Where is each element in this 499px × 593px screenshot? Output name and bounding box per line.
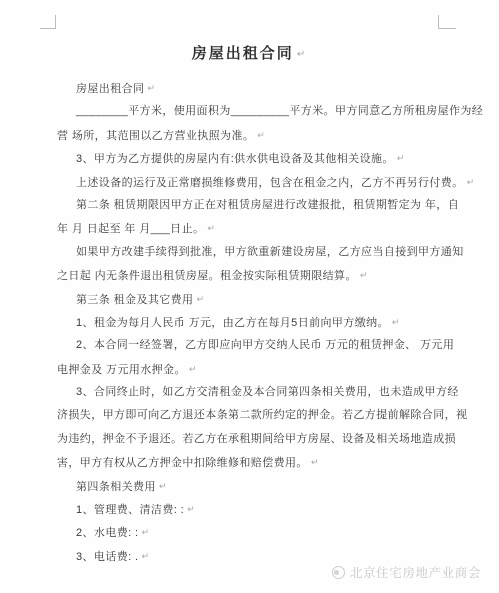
document-line: 3、合同终止时，如乙方交清租金及本合同第四条相关费用，也未造成甲方经 <box>57 381 469 404</box>
paragraph-mark-icon: ↵ <box>297 49 307 60</box>
line-text: ________平方米，使用面积为_________平方米。甲方同意乙方所租房屋… <box>76 105 483 117</box>
line-text: 年 月 日起至 年 月___日止。 <box>57 223 204 235</box>
document-line: 济损失，甲方即可向乙方退还本条第二款所约定的押金。若乙方提前解除合同，视 <box>57 404 469 427</box>
paragraph-mark-icon: ↵ <box>189 364 197 374</box>
paragraph-mark-icon: ↵ <box>142 527 150 537</box>
document-line: 如果甲方改建手续得到批准，甲方欲重新建设房屋，乙方应当自接到甲方通知 <box>57 241 469 264</box>
document-line: 1、租金为每月人民币 万元，由乙方在每月5日前向甲方缴纳。↵ <box>57 311 469 334</box>
document-line: 第三条 租金及其它费用↵ <box>57 288 469 311</box>
document-line: 第二条 租赁期限因甲方正在对租赁房屋进行改建报批，租赁期暂定为 年，自 <box>57 194 469 217</box>
line-text: 上述设备的运行及正常磨损维修费用，包含在租金之内，乙方不再另行付费。 <box>76 177 464 189</box>
line-text: 营 场所，其范围以乙方营业执照为准。 <box>57 130 254 142</box>
paragraph-mark-icon: ↵ <box>196 294 204 304</box>
paragraph-mark-icon: ↵ <box>207 223 215 233</box>
line-text: 2、水电费: : <box>76 527 139 539</box>
document-line: 第四条相关费用↵ <box>57 475 469 498</box>
paragraph-mark-icon: ↵ <box>467 177 475 187</box>
document-page: 房屋出租合同↵ 房屋出租合同↵________平方米，使用面积为________… <box>0 0 499 593</box>
paragraph-mark-icon: ↵ <box>392 317 400 327</box>
margin-corner-top-right-mark <box>438 15 456 29</box>
document-line: 3、甲方为乙方提供的房屋内有:供水供电设备及其他相关设施。↵ <box>57 147 469 170</box>
document-line: ________平方米，使用面积为_________平方米。甲方同意乙方所租房屋… <box>57 100 469 123</box>
paragraph-mark-icon: ↵ <box>147 83 155 93</box>
line-text: 1、租金为每月人民币 万元，由乙方在每月5日前向甲方缴纳。 <box>76 317 389 329</box>
line-text: 房屋出租合同 <box>76 83 144 95</box>
margin-corner-top-left-mark <box>40 15 56 29</box>
line-text: 电押金及 万元用水押金。 <box>57 364 186 376</box>
paragraph-mark-icon: ↵ <box>360 270 368 280</box>
paragraph-mark-icon: ↵ <box>397 153 405 163</box>
paragraph-mark-icon: ↵ <box>187 504 195 514</box>
chamber-logo-icon <box>332 566 345 579</box>
line-text: 害，甲方有权从乙方押金中扣除维修和赔偿费用。 <box>57 457 308 469</box>
paragraph-mark-icon: ↵ <box>142 551 150 561</box>
line-text: 第二条 租赁期限因甲方正在对租赁房屋进行改建报批，租赁期暂定为 年，自 <box>76 199 459 211</box>
document-line: 害，甲方有权从乙方押金中扣除维修和赔偿费用。↵ <box>57 451 469 474</box>
line-text: 3、电话费: . <box>76 551 139 563</box>
document-line: 房屋出租合同↵ <box>57 77 469 100</box>
paragraph-mark-icon: ↵ <box>311 457 319 467</box>
document-line: 年 月 日起至 年 月___日止。↵ <box>57 217 469 240</box>
watermark-text: 北京住宅房地产业商会 <box>350 563 481 581</box>
line-text: 3、合同终止时，如乙方交清租金及本合同第四条相关费用，也未造成甲方经 <box>76 386 459 398</box>
watermark: 北京住宅房地产业商会 <box>332 563 481 581</box>
line-text: 1、管理费、清洁费: : <box>76 504 184 516</box>
document-line: 上述设备的运行及正常磨损维修费用，包含在租金之内，乙方不再另行付费。↵ <box>57 171 469 194</box>
document-title: 房屋出租合同↵ <box>0 42 499 63</box>
line-text: 第三条 租金及其它费用 <box>76 294 193 306</box>
document-line: 电押金及 万元用水押金。↵ <box>57 358 469 381</box>
line-text: 济损失，甲方即可向乙方退还本条第二款所约定的押金。若乙方提前解除合同，视 <box>57 409 467 421</box>
paragraph-mark-icon: ↵ <box>257 130 265 140</box>
document-line: 之日起 内无条件退出租赁房屋。租金按实际租赁期限结算。↵ <box>57 264 469 287</box>
line-text: 2、本合同一经签署，乙方即应向甲方交纳人民币 万元的租赁押金、 万元用 <box>76 339 454 351</box>
paragraph-mark-icon: ↵ <box>159 481 167 491</box>
line-text: 如果甲方改建手续得到批准，甲方欲重新建设房屋，乙方应当自接到甲方通知 <box>76 246 464 258</box>
document-line: 2、本合同一经签署，乙方即应向甲方交纳人民币 万元的租赁押金、 万元用 <box>57 334 469 357</box>
document-title-text: 房屋出租合同 <box>192 45 294 62</box>
document-line: 2、水电费: :↵ <box>57 521 469 544</box>
document-line: 营 场所，其范围以乙方营业执照为准。↵ <box>57 124 469 147</box>
document-body: 房屋出租合同↵________平方米，使用面积为_________平方米。甲方同… <box>57 77 469 568</box>
line-text: 之日起 内无条件退出租赁房屋。租金按实际租赁期限结算。 <box>57 270 357 282</box>
line-text: 为违约，押金不予退还。若乙方在承租期间给甲方房屋、设备及相关场地造成损 <box>57 433 456 445</box>
document-line: 1、管理费、清洁费: :↵ <box>57 498 469 521</box>
document-line: 为违约，押金不予退还。若乙方在承租期间给甲方房屋、设备及相关场地造成损 <box>57 428 469 451</box>
line-text: 3、甲方为乙方提供的房屋内有:供水供电设备及其他相关设施。 <box>76 153 394 165</box>
line-text: 第四条相关费用 <box>76 481 156 493</box>
